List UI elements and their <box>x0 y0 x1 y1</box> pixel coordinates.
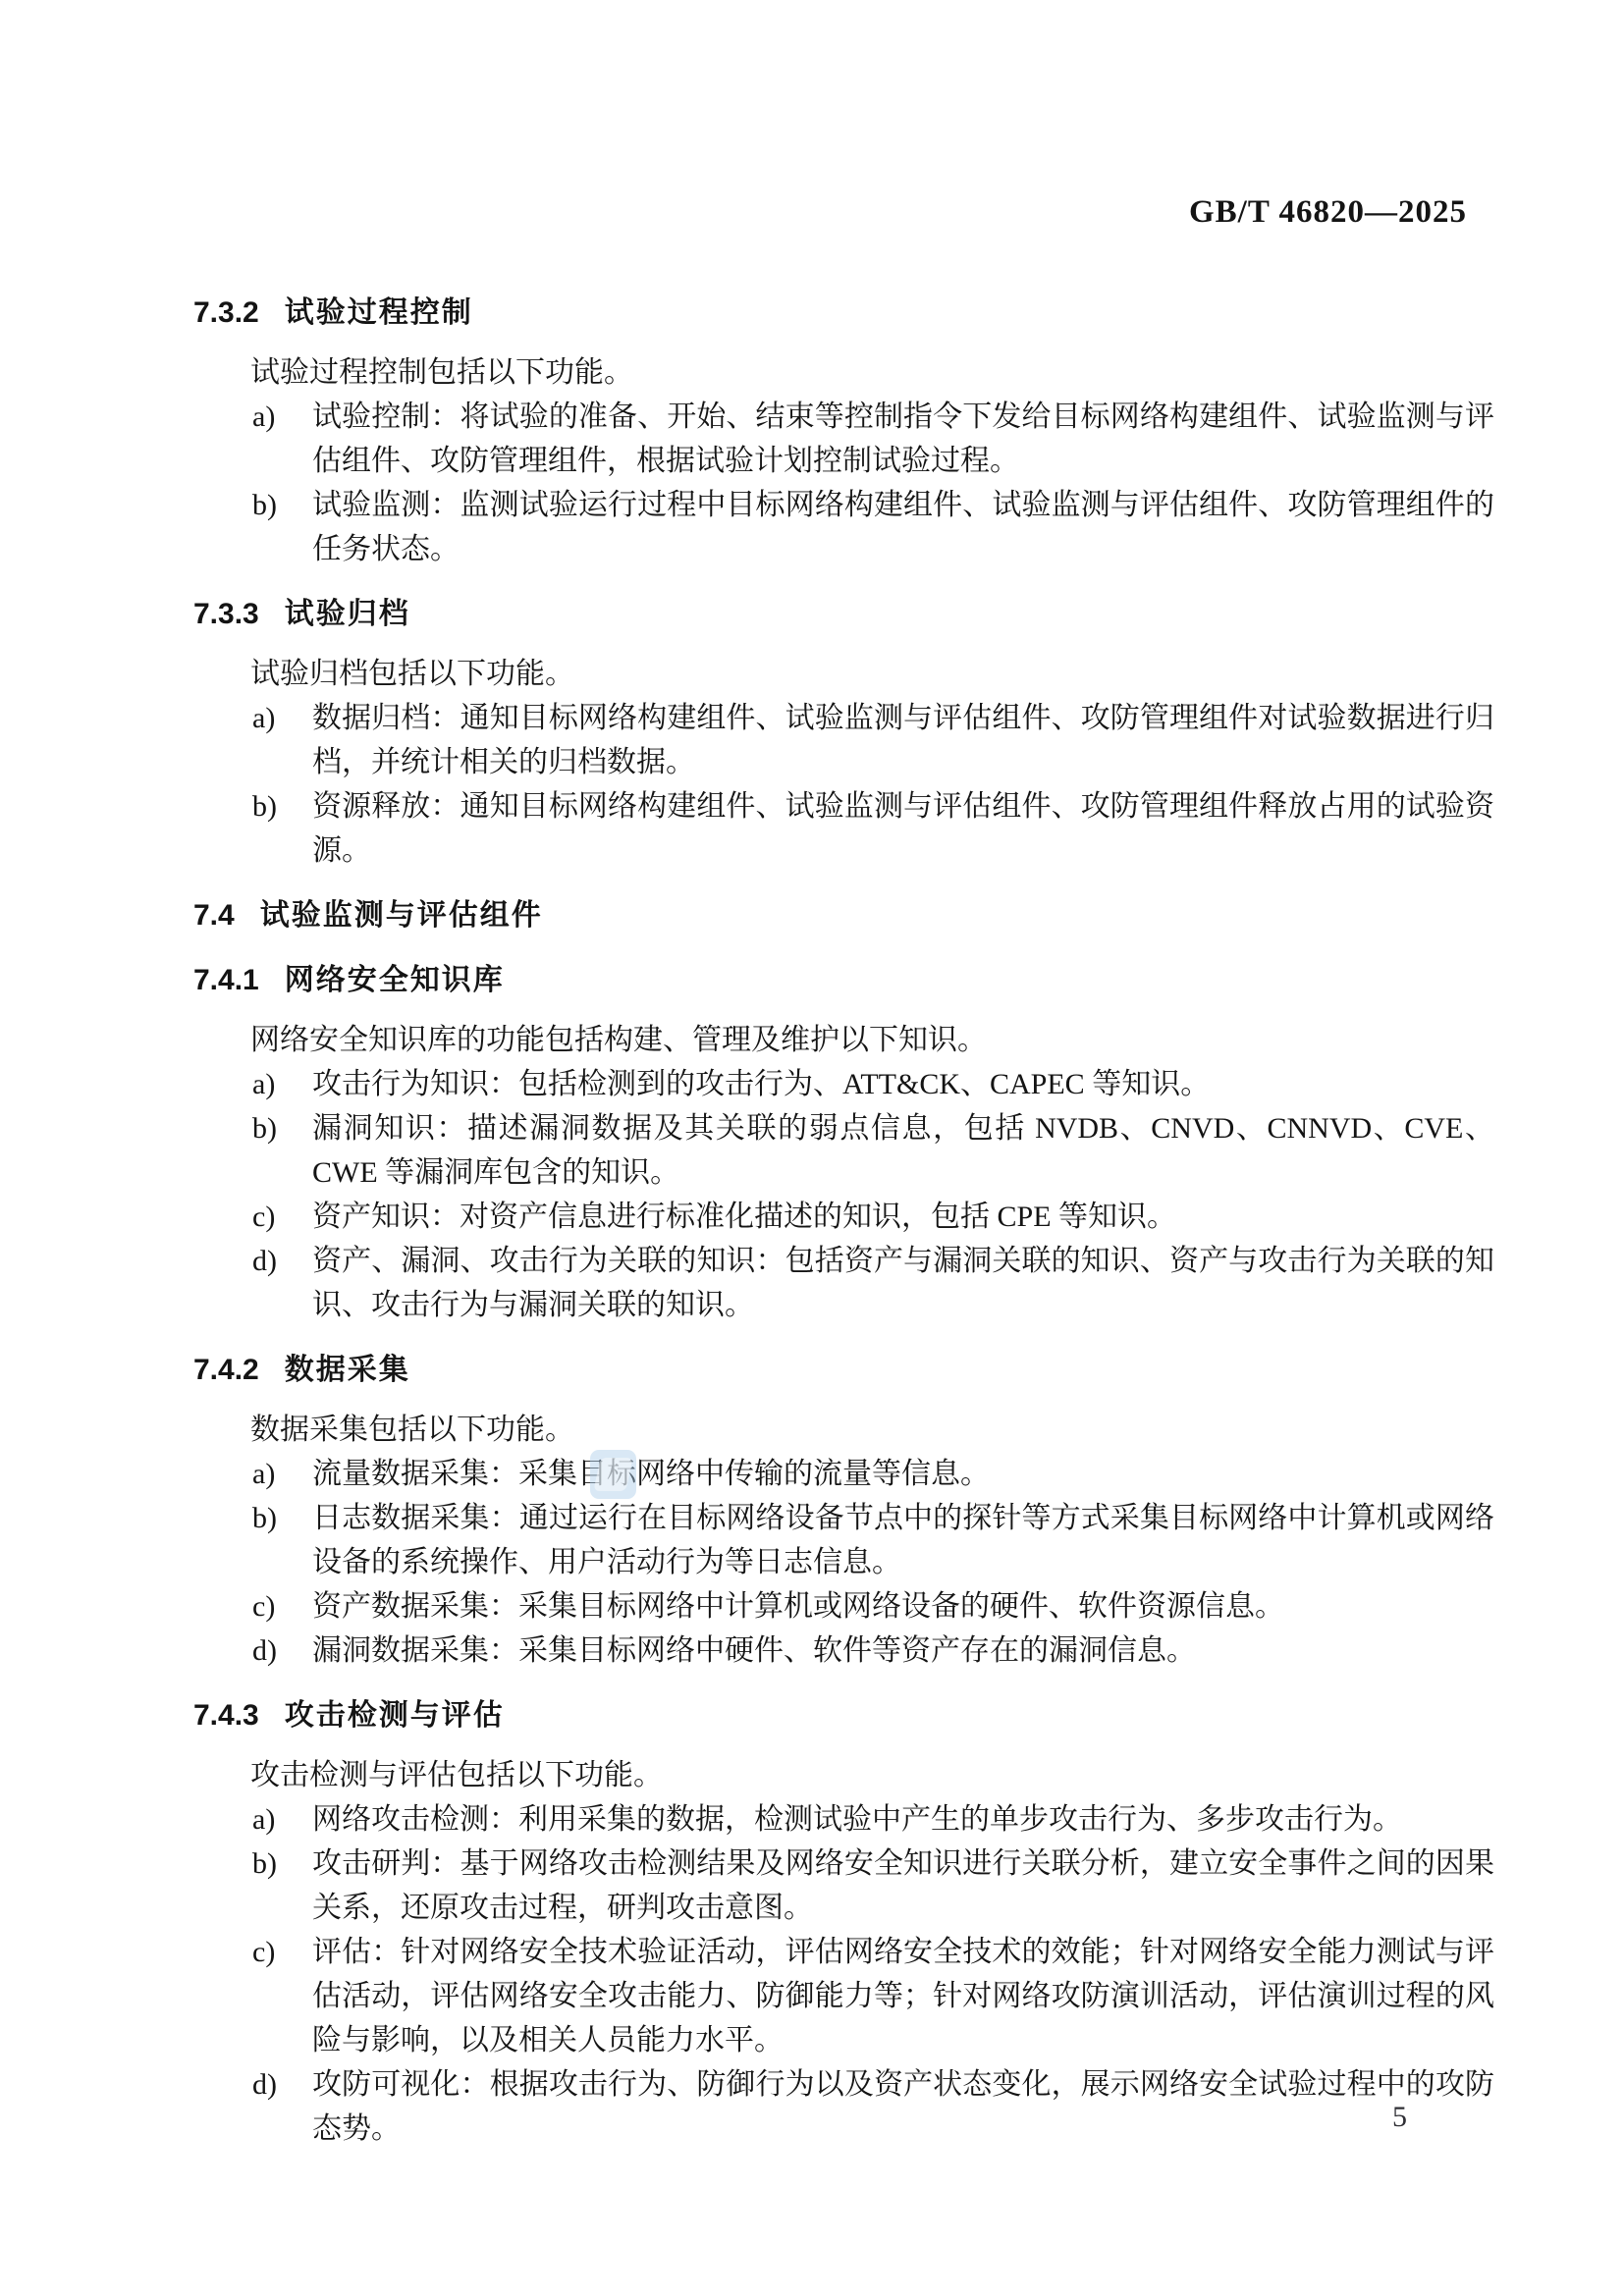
clause-title: 试验过程控制 <box>285 296 473 329</box>
clause-number: 7.3.3 <box>193 593 259 636</box>
clause-number: 7.3.2 <box>193 292 259 335</box>
list-item: b)资源释放：通知目标网络构建组件、试验监测与评估组件、攻防管理组件释放占用的试… <box>193 784 1494 873</box>
watermark-glyph-icon <box>593 1458 632 1491</box>
list-item-text: 网络攻击检测：利用采集的数据，检测试验中产生的单步攻击行为、多步攻击行为。 <box>312 1803 1402 1836</box>
list-item: b)漏洞知识：描述漏洞数据及其关联的弱点信息，包括 NVDB、CNVD、CNNV… <box>193 1106 1494 1195</box>
list-item: d)资产、漏洞、攻击行为关联的知识：包括资产与漏洞关联的知识、资产与攻击行为关联… <box>193 1239 1494 1327</box>
list-item-label: a) <box>252 395 275 439</box>
watermark-patch <box>590 1450 636 1499</box>
clause-title: 网络安全知识库 <box>285 964 505 996</box>
list-item-label: c) <box>252 1195 275 1239</box>
list-item-text: 评估：针对网络安全技术验证活动，评估网络安全技术的效能；针对网络安全能力测试与评… <box>312 1936 1494 2056</box>
list-item-text: 漏洞数据采集：采集目标网络中硬件、软件等资产存在的漏洞信息。 <box>312 1634 1196 1667</box>
section-heading-7.4: 7.4试验监测与评估组件 <box>193 894 1494 937</box>
clause-title: 数据采集 <box>285 1354 410 1386</box>
list-item: b)试验监测：监测试验运行过程中目标网络构建组件、试验监测与评估组件、攻防管理组… <box>193 483 1494 571</box>
clause-number: 7.4 <box>193 894 235 937</box>
section-intro: 攻击检测与评估包括以下功能。 <box>193 1753 1494 1797</box>
list-item-label: b) <box>252 1496 277 1540</box>
clause-number: 7.4.2 <box>193 1349 259 1392</box>
list-item: a)网络攻击检测：利用采集的数据，检测试验中产生的单步攻击行为、多步攻击行为。 <box>193 1797 1494 1842</box>
list-item-text: 试验控制：将试验的准备、开始、结束等控制指令下发给目标网络构建组件、试验监测与评… <box>312 400 1494 477</box>
clause-title: 试验归档 <box>285 598 410 630</box>
list-item-label: a) <box>252 1452 275 1496</box>
list-item-text: 资产知识：对资产信息进行标准化描述的知识，包括 CPE 等知识。 <box>312 1201 1176 1233</box>
list-item-label: d) <box>252 2062 277 2107</box>
page-number: 5 <box>1392 2101 1407 2134</box>
list-item-label: c) <box>252 1930 275 1974</box>
list-item-label: a) <box>252 1797 275 1842</box>
clause-title: 攻击检测与评估 <box>285 1699 505 1732</box>
list-item: c)资产知识：对资产信息进行标准化描述的知识，包括 CPE 等知识。 <box>193 1195 1494 1239</box>
list-item: a)数据归档：通知目标网络构建组件、试验监测与评估组件、攻防管理组件对试验数据进… <box>193 696 1494 784</box>
document-content: 7.3.2试验过程控制试验过程控制包括以下功能。a)试验控制：将试验的准备、开始… <box>193 279 1494 2151</box>
list-item-label: c) <box>252 1584 275 1629</box>
section-heading-7.3.3: 7.3.3试验归档 <box>193 593 1494 636</box>
list-item-text: 资产、漏洞、攻击行为关联的知识：包括资产与漏洞关联的知识、资产与攻击行为关联的知… <box>312 1245 1494 1321</box>
section-heading-7.3.2: 7.3.2试验过程控制 <box>193 292 1494 335</box>
list-item: d)漏洞数据采集：采集目标网络中硬件、软件等资产存在的漏洞信息。 <box>193 1629 1494 1673</box>
list-item-label: d) <box>252 1239 277 1283</box>
list-item-text: 数据归档：通知目标网络构建组件、试验监测与评估组件、攻防管理组件对试验数据进行归… <box>312 702 1494 778</box>
list-item: a)试验控制：将试验的准备、开始、结束等控制指令下发给目标网络构建组件、试验监测… <box>193 395 1494 483</box>
list-item: c)资产数据采集：采集目标网络中计算机或网络设备的硬件、软件资源信息。 <box>193 1584 1494 1629</box>
doc-number: GB/T 46820—2025 <box>1189 194 1467 231</box>
scanned-standard-page: { "header": { "doc_number": "GB/T 46820—… <box>0 0 1624 2296</box>
list-item-label: b) <box>252 1842 277 1886</box>
section-intro: 试验归档包括以下功能。 <box>193 652 1494 696</box>
list-item: a)流量数据采集：采集目标网络中传输的流量等信息。 <box>193 1452 1494 1496</box>
list-item-label: a) <box>252 696 275 740</box>
clause-title: 试验监测与评估组件 <box>260 899 543 932</box>
list-item-text: 流量数据采集：采集目标网络中传输的流量等信息。 <box>312 1458 990 1490</box>
list-item-label: d) <box>252 1629 277 1673</box>
list-item: b)攻击研判：基于网络攻击检测结果及网络安全知识进行关联分析，建立安全事件之间的… <box>193 1842 1494 1930</box>
section-intro: 试验过程控制包括以下功能。 <box>193 350 1494 395</box>
list-item: d)攻防可视化：根据攻击行为、防御行为以及资产状态变化，展示网络安全试验过程中的… <box>193 2062 1494 2151</box>
list-item-text: 攻击行为知识：包括检测到的攻击行为、ATT&CK、CAPEC 等知识。 <box>312 1068 1210 1100</box>
section-heading-7.4.2: 7.4.2数据采集 <box>193 1349 1494 1392</box>
list-item: a)攻击行为知识：包括检测到的攻击行为、ATT&CK、CAPEC 等知识。 <box>193 1062 1494 1106</box>
list-item: b)日志数据采集：通过运行在目标网络设备节点中的探针等方式采集目标网络中计算机或… <box>193 1496 1494 1584</box>
list-item-label: a) <box>252 1062 275 1106</box>
list-item-text: 攻击研判：基于网络攻击检测结果及网络安全知识进行关联分析，建立安全事件之间的因果… <box>312 1847 1494 1924</box>
section-heading-7.4.1: 7.4.1网络安全知识库 <box>193 959 1494 1002</box>
list-item-text: 日志数据采集：通过运行在目标网络设备节点中的探针等方式采集目标网络中计算机或网络… <box>312 1502 1494 1578</box>
list-item-label: b) <box>252 483 277 527</box>
list-item-label: b) <box>252 784 277 828</box>
clause-number: 7.4.1 <box>193 959 259 1002</box>
section-intro: 网络安全知识库的功能包括构建、管理及维护以下知识。 <box>193 1018 1494 1062</box>
section-intro: 数据采集包括以下功能。 <box>193 1408 1494 1452</box>
clause-number: 7.4.3 <box>193 1694 259 1737</box>
list-item-text: 攻防可视化：根据攻击行为、防御行为以及资产状态变化，展示网络安全试验过程中的攻防… <box>312 2068 1494 2145</box>
section-heading-7.4.3: 7.4.3攻击检测与评估 <box>193 1694 1494 1737</box>
list-item-text: 试验监测：监测试验运行过程中目标网络构建组件、试验监测与评估组件、攻防管理组件的… <box>312 489 1494 565</box>
list-item-text: 资产数据采集：采集目标网络中计算机或网络设备的硬件、软件资源信息。 <box>312 1590 1284 1623</box>
list-item-text: 漏洞知识：描述漏洞数据及其关联的弱点信息，包括 NVDB、CNVD、CNNVD、… <box>312 1112 1494 1189</box>
list-item-label: b) <box>252 1106 277 1150</box>
list-item-text: 资源释放：通知目标网络构建组件、试验监测与评估组件、攻防管理组件释放占用的试验资… <box>312 790 1494 867</box>
list-item: c)评估：针对网络安全技术验证活动，评估网络安全技术的效能；针对网络安全能力测试… <box>193 1930 1494 2062</box>
